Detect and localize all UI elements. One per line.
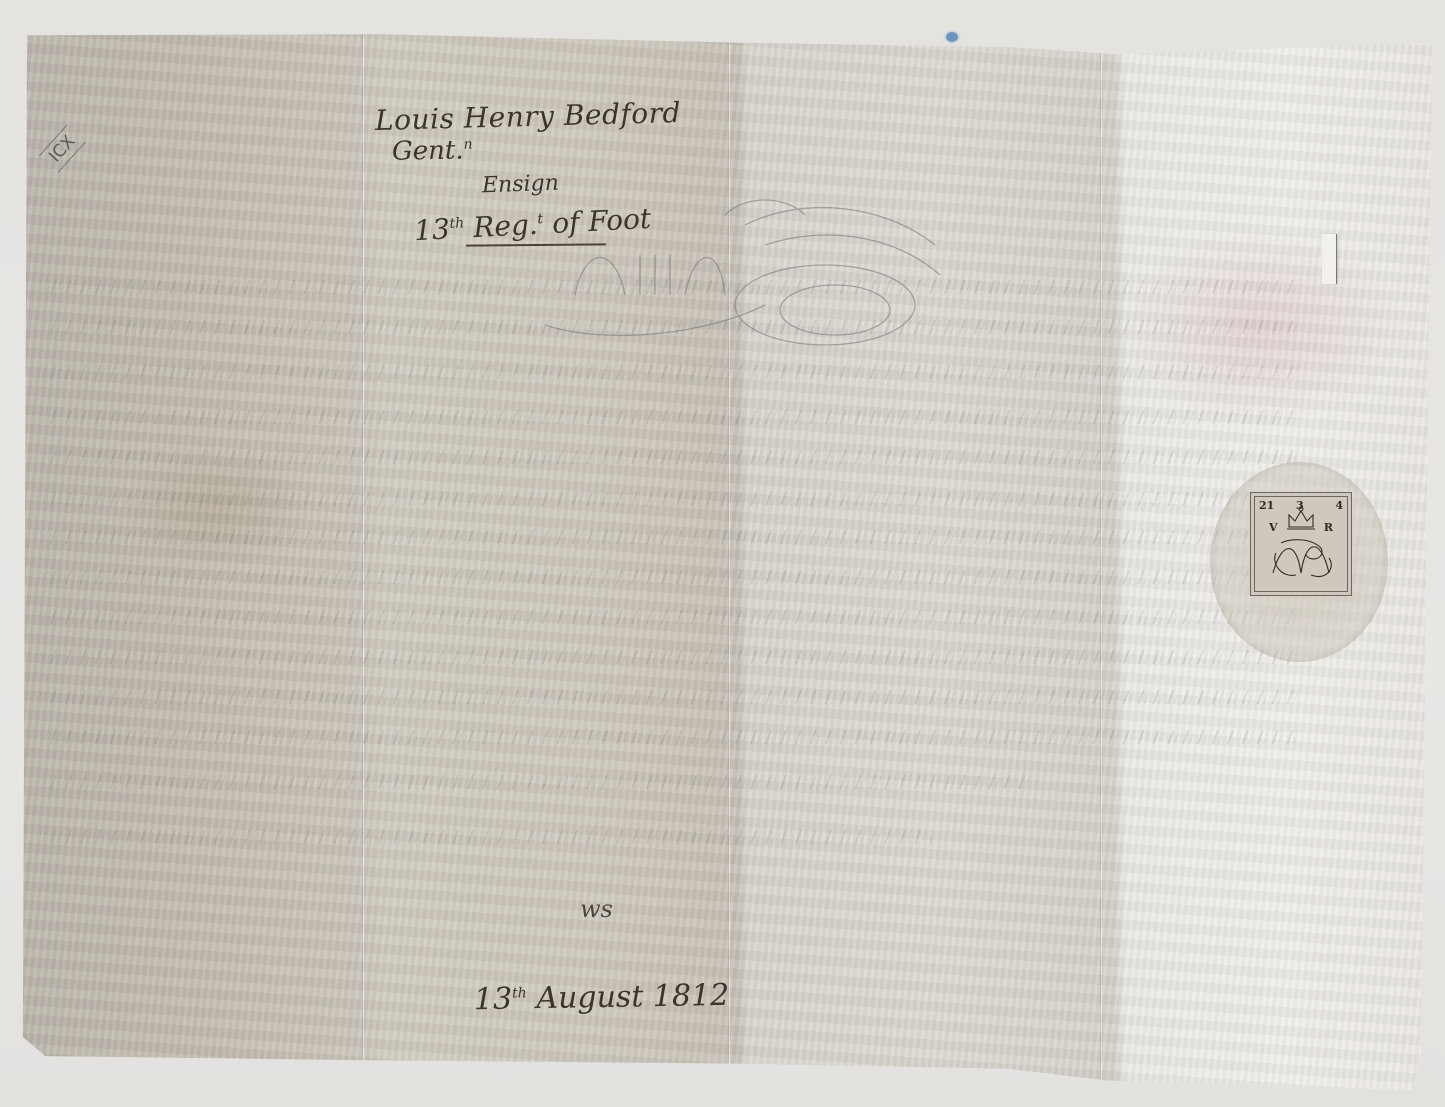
show-through-text (40, 492, 1302, 506)
fold-crease (1100, 30, 1103, 1090)
regiment-number: 13 (413, 212, 450, 247)
endorsement-title: Gent.n (392, 135, 473, 166)
show-through-text (40, 450, 1302, 464)
clerk-initials: ws (580, 895, 613, 923)
show-through-text (40, 775, 1032, 789)
date-month-year: August 1812 (527, 978, 730, 1017)
tax-stamp: 21 3 4 V R (1250, 492, 1352, 596)
show-through-text (40, 730, 1302, 744)
show-through-text (40, 530, 1302, 544)
endorsement-rank: Ensign (482, 171, 560, 199)
date-day-suffix: th (512, 985, 527, 1001)
show-through-text (40, 610, 1302, 624)
show-through-text (40, 650, 1302, 664)
regiment-abbrev: Reg. (464, 208, 539, 245)
crown-monogram-icon (1251, 493, 1351, 595)
title-superscript: n (463, 137, 472, 153)
mounting-pin-mark (946, 32, 958, 42)
show-through-text (40, 365, 1302, 379)
regiment-type: of Foot (542, 202, 651, 241)
paper-tab-cut (1322, 234, 1337, 284)
date-day: 13 (474, 982, 513, 1018)
fold-crease (362, 30, 365, 1090)
show-through-text (40, 690, 1302, 704)
show-through-text (40, 830, 932, 844)
regiment-number-suffix: th (449, 215, 464, 232)
commission-date: 13th August 1812 (474, 978, 730, 1017)
title-text: Gent. (392, 135, 464, 166)
show-through-text (40, 570, 1302, 584)
show-through-text (40, 410, 1302, 424)
